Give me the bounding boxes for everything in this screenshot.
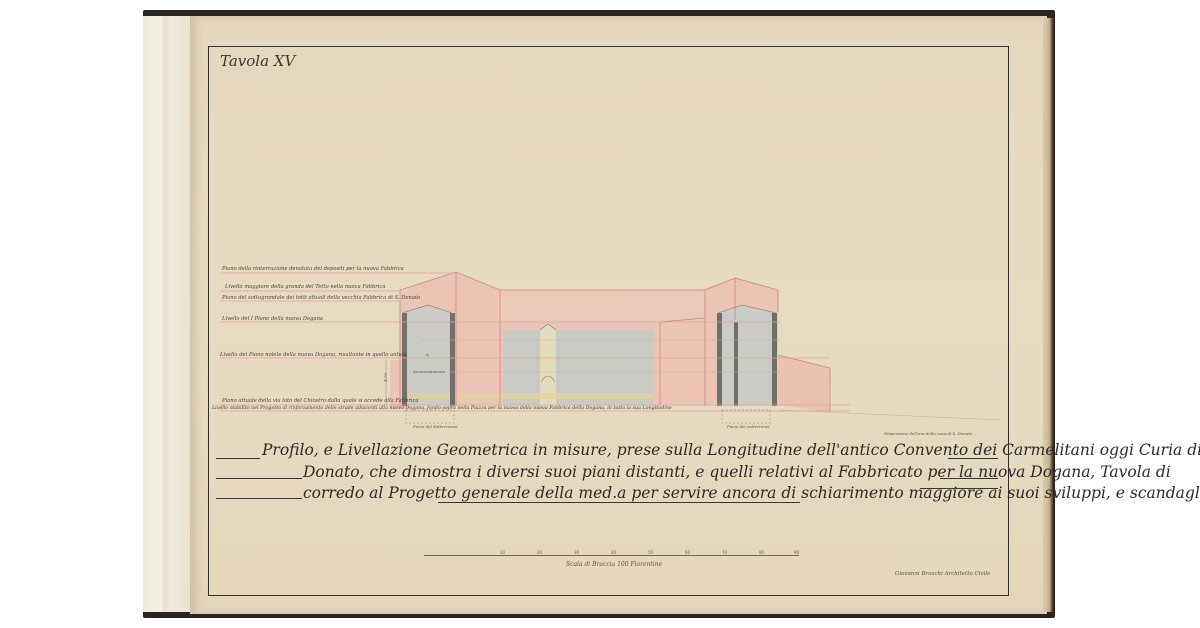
scale-tick: 60	[685, 550, 690, 555]
dimension-label: 4.70	[383, 373, 388, 382]
elevation-drawing	[0, 0, 1200, 628]
level-label-3: Piano del sottogrondale dei tetti attual…	[222, 295, 420, 301]
caption-line-2: Donato, che dimostra i diversi suoi pian…	[303, 463, 1171, 481]
level-label-4: Livello del I Piano della nuova Dogana	[222, 316, 323, 322]
level-label-2: Livello maggiore della gronda del Tetto …	[225, 284, 385, 290]
scale-tick: 20	[537, 550, 542, 555]
level-label-1: Piano della rinterrazione denotata dei d…	[222, 266, 404, 272]
level-label-6: Piano attuale della via lato del Chiostr…	[222, 398, 418, 404]
scale-tick: 70	[722, 550, 727, 555]
scale-tick: 90	[794, 550, 799, 555]
caption-line-3: corredo al Progetto generale della med.a…	[303, 484, 1200, 502]
caption-trail-1	[948, 458, 998, 459]
caption-leader-1	[216, 458, 260, 459]
caption-trail-3	[920, 488, 998, 489]
caption-trail-2	[940, 478, 998, 479]
level-label-5: Livello del Piano nobile della nuova Dog…	[220, 352, 406, 358]
scale-tick: 40	[611, 550, 616, 555]
scale-bar	[424, 555, 799, 556]
scale-tick: 50	[648, 550, 653, 555]
caption-underline	[438, 502, 800, 503]
caption-line-1: Profilo, e Livellazione Geometrica in mi…	[262, 441, 1200, 459]
caption-leader-3	[216, 498, 302, 499]
below-right-label: Piano dei sotterranei	[727, 424, 770, 429]
scale-tick: 30	[574, 550, 579, 555]
interior-label: Ammezzamento	[413, 369, 445, 374]
right-note: Dispersione dell'ora della casa di S. Do…	[884, 431, 972, 436]
scale-tick: 80	[759, 550, 764, 555]
point-mark: A	[426, 352, 429, 357]
level-label-7: Livello stabilito nel Progetto di rinfor…	[212, 406, 672, 411]
signature: Giovanni Bruschi Architetto Civile	[895, 571, 990, 577]
scale-tick: 10	[500, 550, 505, 555]
below-left-label: Piano del Sotterraneo	[413, 424, 457, 429]
scale-label: Scala di Braccia 100 Fiorentine	[566, 561, 662, 568]
caption-leader-2	[216, 478, 302, 479]
